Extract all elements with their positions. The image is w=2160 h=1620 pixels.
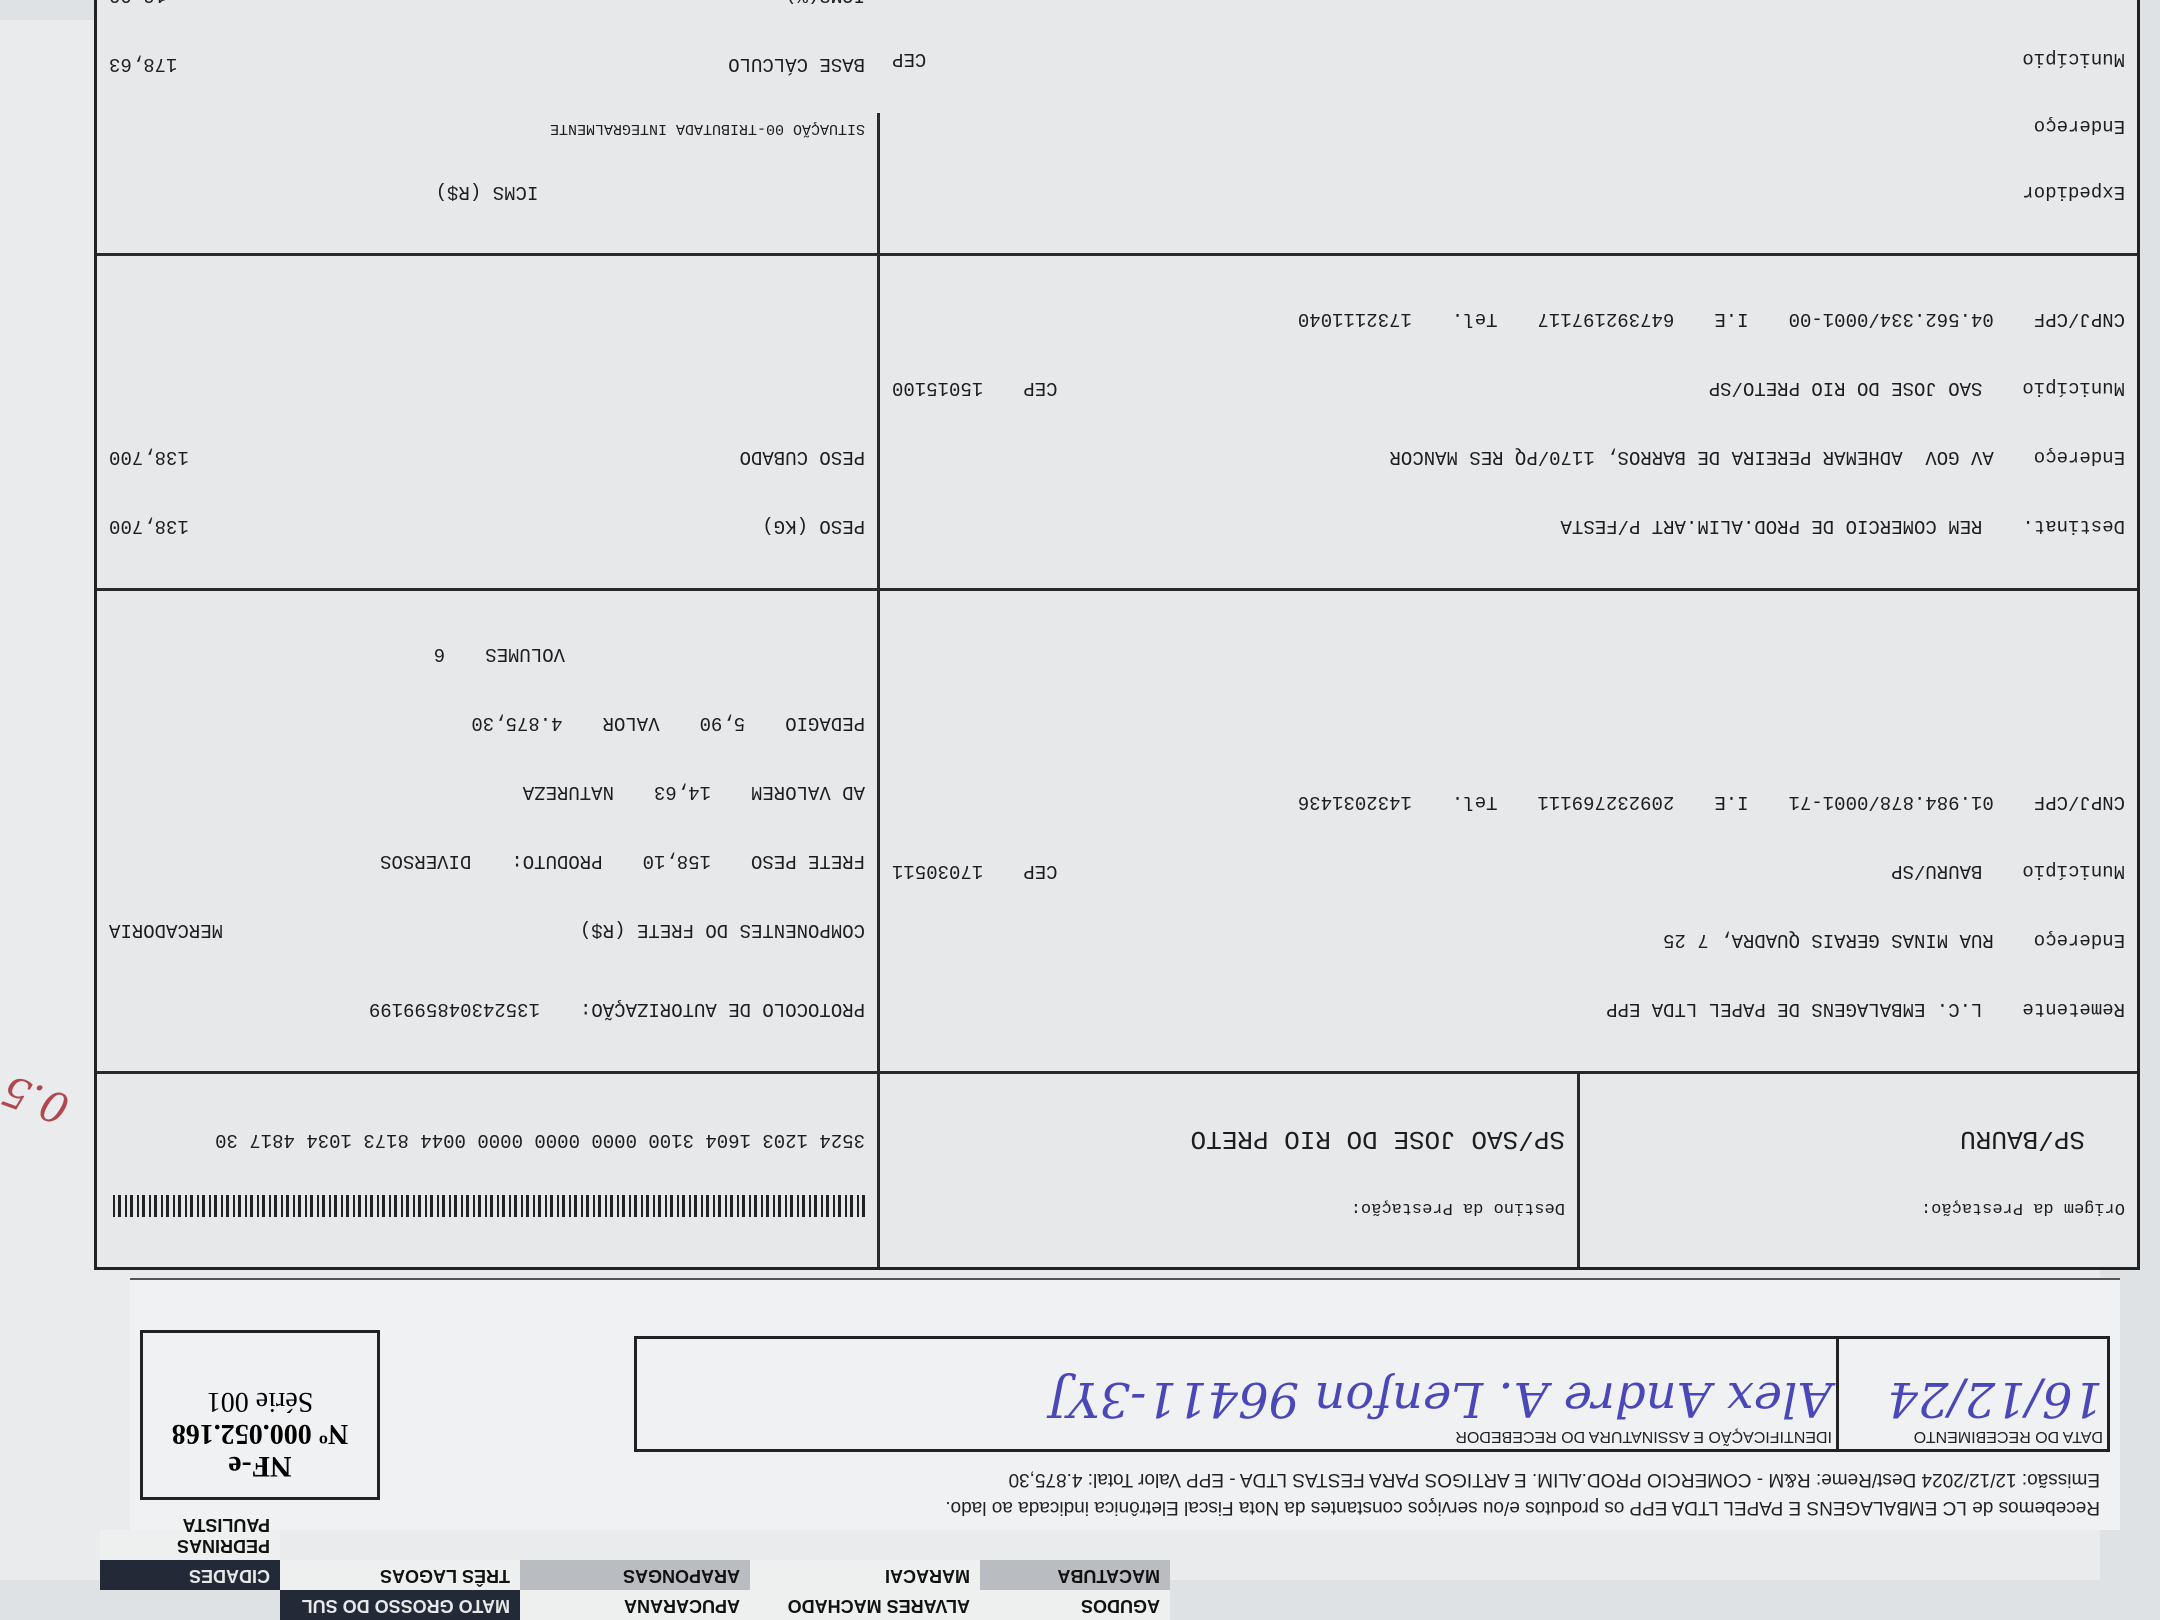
remetente-cnpj-label: CNPJ/CPF [2034,789,2125,814]
icms-situacao: SITUAÇÃO 00-TRIBUTADA INTEGRALMENTE [109,120,865,137]
nfe-stub: Recebemos de LC EMBALAGENS E PAPEL LTDA … [130,1278,2120,1530]
destinatario-row: Destinat.REM COMERCIO DE PROD.ALIM.ART P… [97,253,2137,588]
data-recebimento-label: DATA DO RECEBIMENTO [1843,1427,2103,1445]
valor-label: VALOR [603,710,660,735]
remetente-ie-label: I.E [1714,789,1748,814]
destino-cell: Destino da Prestação: SP/SAO JOSE DO RIO… [877,1074,1577,1267]
board-label: CIDADES [100,1560,280,1590]
ad-valorem-label: AD VALOREM [751,779,865,804]
board-label: PEDRINAS PAULISTA [100,1530,280,1560]
board-label: MARACAI [750,1560,980,1590]
nfe-emission-text: Emissão: 12/12/2024 Dest/Reme: R&M - COM… [600,1468,2100,1490]
expedidor-cnpj-label: CNPJ/CPF [2034,0,2125,2]
remetente-name: L.C. EMBALAGENS DE PAPEL LTDA EPP [1606,996,1982,1021]
ad-valorem-value: 14,63 [654,779,711,804]
expedidor-municipio-label: Município [2022,46,2125,71]
nfe-number: Nº 000.052.168 [143,1417,377,1449]
board-label: MATO GROSSO DO SUL [280,1590,520,1620]
destino-value: SP/SAO JOSE DO RIO PRETO [892,1124,1565,1154]
pedagio-value: 5,90 [700,710,746,735]
nfe-number-box: NF-e Nº 000.052.168 Série 001 [140,1330,380,1500]
board-label: ALVARES MACHADO [750,1590,980,1620]
remetente-ie: 209232769111 [1538,789,1675,814]
frete-peso-label: FRETE PESO [751,848,865,873]
remetente-municipio: BAURU/SP [1891,858,1982,883]
remetente-cep: 17030511 [892,858,983,883]
protocolo-cell: PROTOCOLO DE AUTORIZAÇÃO:135243048599199… [97,591,877,1071]
remetente-row: RemetenteL.C. EMBALAGENS DE PAPEL LTDA E… [97,588,2137,1071]
expedidor-row: Expedidor Endereço MunicípioCEP CNPJ/CPF… [97,0,2137,253]
destinatario-cell: Destinat.REM COMERCIO DE PROD.ALIM.ART P… [877,256,2137,588]
photo-scene: Recebemos de LC EMBALAGENS E PAPEL LTDA … [0,0,2160,1620]
remetente-municipio-label: Município [2022,858,2125,883]
expedidor-label: Expedidor [892,181,2125,203]
protocolo-value: 135243048599199 [369,996,540,1021]
peso-kg-value: 138,700 [109,513,189,538]
mercadoria-volumes-value: 6 [434,641,445,666]
frete-peso-value: 158,10 [643,848,711,873]
handwritten-receiver-signature: Alex Andre A. Lenfon 96411-3YJ [641,1371,1832,1427]
peso-kg-label: PESO (KG) [762,513,865,538]
handwritten-receipt-date: 16/12/24 [1843,1371,2103,1427]
expedidor-tel-label: Tel. [892,0,938,2]
board-label: APUCARANA [520,1590,750,1620]
prestacao-row: Origem da Prestação: SP/BAURU Destino da… [97,1071,2137,1267]
destinatario-endereco-label: Endereço [2034,444,2125,469]
expedidor-cep-label: CEP [892,46,926,71]
componentes-title: COMPONENTES DO FRETE (R$) [580,917,865,942]
produto-value: DIVERSOS [380,848,471,873]
base-calculo-value: 178,63 [109,51,177,76]
destinatario-cnpj: 04.562.334/0001-00 [1789,306,1994,331]
expedidor-cell: Expedidor Endereço MunicípioCEP CNPJ/CPF… [877,113,2137,253]
nfe-receipt-text: Recebemos de LC EMBALAGENS E PAPEL LTDA … [600,1496,2100,1518]
icms-percent-label: ICMS(%) [785,0,865,7]
peso-cubado-value: 138,700 [109,444,189,469]
identificacao-label: IDENTIFICAÇÃO E ASSINATURA DO RECEBEDOR [641,1427,1832,1445]
remetente-endereco: RUA MINAS GERAIS QUADRA, 7 25 [1663,927,1994,952]
valor-value: 4.875,30 [471,710,562,735]
destinatario-cnpj-label: CNPJ/CPF [2034,306,2125,331]
base-calculo-label: BASE CÁLCULO [728,51,865,76]
board-label: ARAPONGAS [520,1560,750,1590]
destinatario-municipio-label: Município [2022,375,2125,400]
board-label: AGUDOS [980,1590,1170,1620]
barcode [109,1195,865,1217]
receipt-boxes: DATA DO RECEBIMENTO 16/12/24 IDENTIFICAÇ… [634,1336,2110,1452]
identificacao-box[interactable]: IDENTIFICAÇÃO E ASSINATURA DO RECEBEDOR … [637,1339,1836,1449]
remetente-tel: 1432031436 [1298,789,1412,814]
remetente-cnpj: 01.984.878/0001-71 [1789,789,1994,814]
destinatario-ie: 647392197117 [1538,306,1675,331]
mercadoria-volumes-label: VOLUMES [485,641,565,666]
nfe-title: NF-e [143,1449,377,1483]
mercadoria-title: MERCADORIA [109,917,223,942]
natureza-label: NATUREZA [523,779,614,804]
destinatario-label: Destinat. [2022,513,2125,538]
background-board: AGUDOS ALVARES MACHADO MACATUBA MARACAI … [0,1530,1170,1620]
remetente-endereco-label: Endereço [2034,927,2125,952]
pedagio-label: PEDAGIO [785,710,865,735]
destino-label: Destino da Prestação: [892,1198,1565,1217]
chave-cell: 3524 1203 1604 3100 0000 0000 0000 0044 … [97,1074,877,1267]
document-upside-down: Recebemos de LC EMBALAGENS E PAPEL LTDA … [0,0,2160,1620]
produto-label: PRODUTO: [511,848,602,873]
remetente-cep-label: CEP [1023,858,1057,883]
chave-acesso: 3524 1203 1604 3100 0000 0000 0000 0044 … [109,1129,865,1151]
nfe-serie: Série 001 [143,1385,377,1417]
destinatario-cep-label: CEP [1023,375,1057,400]
destinatario-tel: 1732111040 [1298,306,1412,331]
board-label: MACATUBA [980,1560,1170,1590]
icms-percent-value: 12,00 [109,0,166,7]
origem-cell: Origem da Prestação: SP/BAURU [1577,1074,2137,1267]
expedidor-ie-label: I.E [1600,0,1634,2]
remetente-tel-label: Tel. [1452,789,1498,814]
origem-label: Origem da Prestação: [1592,1198,2125,1217]
destinatario-endereco: AV GOV ADHEMAR PEREIRA DE BARROS, 1170/P… [1389,444,1993,469]
remetente-label: Remetente [2022,996,2125,1021]
dacte-form: Origem da Prestação: SP/BAURU Destino da… [94,0,2140,1270]
destinatario-tel-label: Tel. [1452,306,1498,331]
expedidor-endereco-label: Endereço [892,115,2125,137]
remetente-cell: RemetenteL.C. EMBALAGENS DE PAPEL LTDA E… [877,591,2137,1071]
board-label: TRÊS LAGOAS [280,1560,520,1590]
destinatario-municipio: SAO JOSE DO RIO PRETO/SP [1709,375,1983,400]
destinatario-cep: 15015100 [892,375,983,400]
destinatario-ie-label: I.E [1714,306,1748,331]
destinatario-name: REM COMERCIO DE PROD.ALIM.ART P/FESTA [1561,513,1983,538]
protocolo-label: PROTOCOLO DE AUTORIZAÇÃO: [580,996,865,1021]
icms-cell: ICMS (R$) SITUAÇÃO 00-TRIBUTADA INTEGRAL… [97,0,877,253]
icms-title: ICMS (R$) [109,181,865,203]
origem-value: SP/BAURU [1592,1124,2125,1154]
peso-cell: PESO (KG)138,700 PESO CUBADO138,700 [97,256,877,588]
data-recebimento-box[interactable]: DATA DO RECEBIMENTO 16/12/24 [1836,1339,2107,1449]
peso-cubado-label: PESO CUBADO [740,444,865,469]
